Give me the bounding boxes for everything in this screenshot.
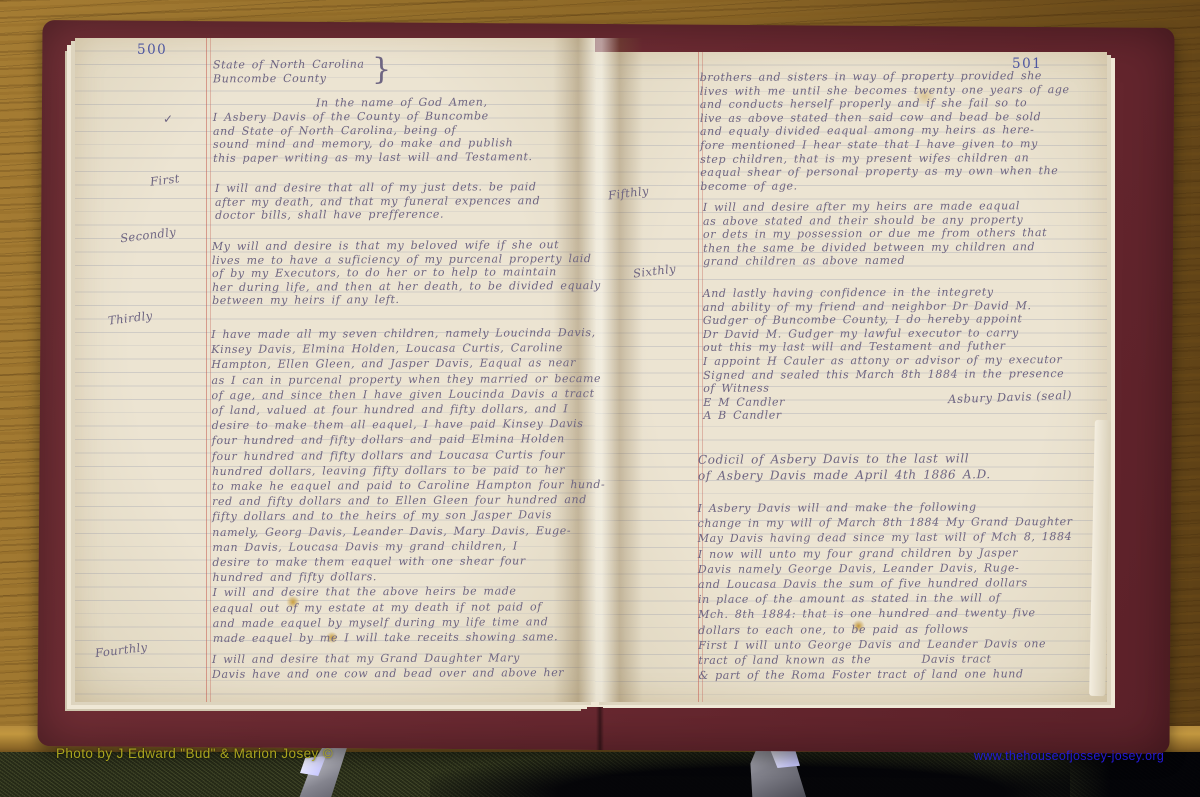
preamble-paragraph: I Asbery Davis of the County of Buncombe… xyxy=(213,109,533,165)
codicil-heading: Codicil of Asbery Davis to the last will… xyxy=(698,451,991,484)
margin-check-mark: ✓ xyxy=(163,112,173,126)
section-fourthly-paragraph: I will and desire that my Grand Daughter… xyxy=(212,650,564,682)
page-number-left: 500 xyxy=(137,42,167,58)
photo-credit: Photo by J Edward "Bud" & Marion Josey © xyxy=(56,746,333,761)
photo-scene: Photo by J Edward "Bud" & Marion Josey ©… xyxy=(0,0,1200,797)
invocation-line: In the name of God Amen, xyxy=(316,96,488,110)
caption-state-county: State of North CarolinaBuncombe County xyxy=(213,58,365,86)
continuation-paragraph: brothers and sisters in way of property … xyxy=(700,69,1070,193)
caption-brace: } xyxy=(372,52,391,87)
codicil-paragraph: I Asbery Davis will and make the followi… xyxy=(698,499,1074,683)
section-first-paragraph: I will and desire that all of my just de… xyxy=(215,180,540,222)
section-fifthly-paragraph: I will and desire after my heirs are mad… xyxy=(703,199,1048,269)
section-secondly-paragraph: My will and desire is that my beloved wi… xyxy=(212,238,601,308)
website-url: www.thehouseofjossey-josey.org xyxy=(974,749,1164,763)
margin-rule xyxy=(206,38,207,702)
book-spine xyxy=(596,700,604,750)
section-thirdly-paragraph: I have made all my seven children, namel… xyxy=(211,325,606,646)
